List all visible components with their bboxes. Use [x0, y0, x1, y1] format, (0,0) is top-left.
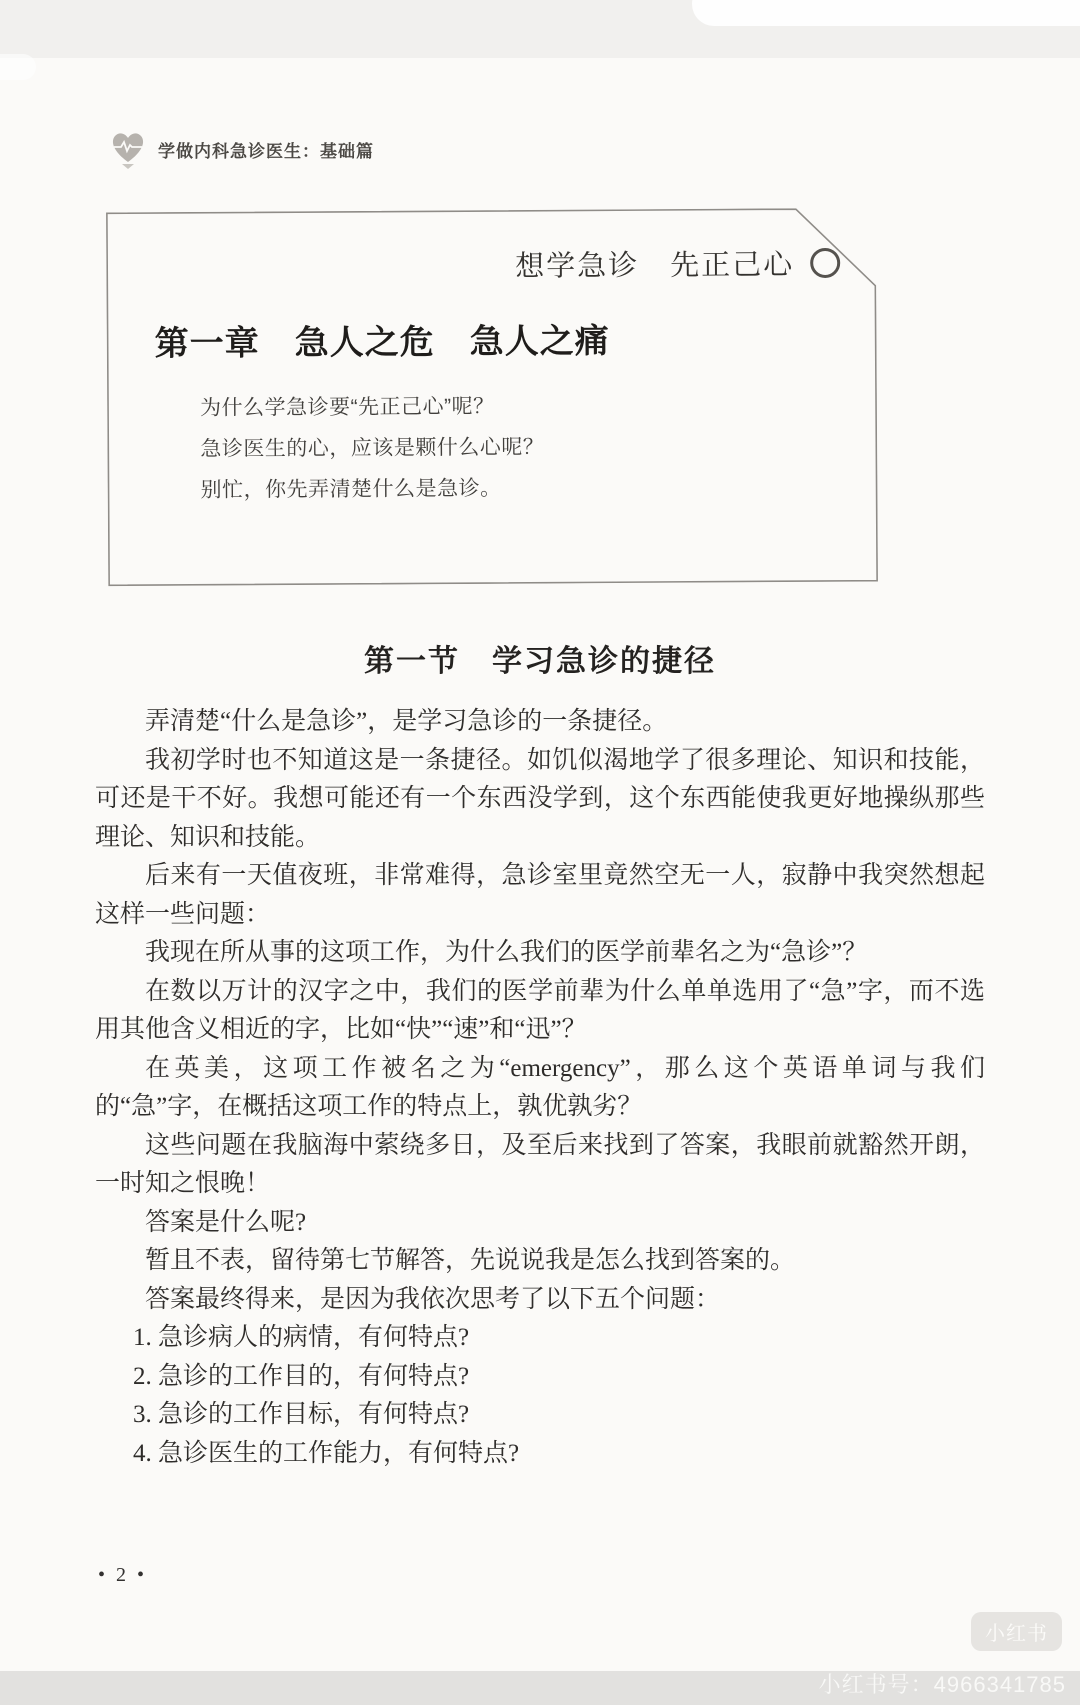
- paragraph: 弄清楚“什么是急诊”，是学习急诊的一条捷径。: [95, 703, 985, 742]
- chapter-title: 第一章 急人之危 急人之痛: [154, 313, 609, 365]
- paragraph: 在英美，这项工作被名之为“emergency”，那么这个英语单词与我们的“急”字…: [95, 1050, 985, 1127]
- chapter-motto-row: 想学急诊 先正己心: [515, 242, 840, 285]
- running-head: 学做内科急诊医生：基础篇: [108, 128, 374, 170]
- chapter-intro-lines: 为什么学急诊要“先正己心”呢？ 急诊医生的心，应该是颗什么心呢？ 别忙，你先弄清…: [200, 386, 545, 511]
- intro-line: 别忙，你先弄清楚什么是急诊。: [200, 468, 544, 511]
- paragraph: 答案最终得来，是因为我依次思考了以下五个问题：: [95, 1281, 985, 1320]
- paragraph: 这些问题在我脑海中萦绕多日，及至后来找到了答案，我眼前就豁然开朗，一时知之恨晚！: [95, 1127, 985, 1204]
- intro-line: 急诊医生的心，应该是颗什么心呢？: [200, 427, 544, 470]
- numbered-question: 3. 急诊的工作目标，有何特点?: [95, 1396, 985, 1435]
- numbered-question: 1. 急诊病人的病情，有何特点?: [95, 1319, 985, 1358]
- numbered-question: 2. 急诊的工作目的，有何特点?: [95, 1358, 985, 1397]
- tag-circle-icon: [810, 247, 840, 277]
- screenshot-chrome-pill-small: [0, 54, 36, 80]
- screenshot-chrome-pill: [692, 0, 1080, 26]
- paragraph: 暂且不表，留待第七节解答，先说说我是怎么找到答案的。: [95, 1242, 985, 1281]
- page-number: • 2 •: [98, 1564, 147, 1587]
- section-title: 第一节 学习急诊的捷径: [0, 636, 1080, 680]
- body-text: 弄清楚“什么是急诊”，是学习急诊的一条捷径。 我初学时也不知道这是一条捷径。如饥…: [95, 703, 985, 1473]
- xiaohongshu-watermark-badge: 小红书: [971, 1612, 1062, 1651]
- paragraph: 我初学时也不知道这是一条捷径。如饥似渴地学了很多理论、知识和技能，可还是干不好。…: [95, 742, 985, 858]
- chapter-motto: 想学急诊 先正己心: [515, 242, 794, 285]
- paragraph: 我现在所从事的这项工作，为什么我们的医学前辈名之为“急诊”？: [95, 934, 985, 973]
- paragraph: 答案是什么呢?: [95, 1204, 985, 1243]
- running-head-title: 学做内科急诊医生：基础篇: [158, 137, 374, 162]
- chapter-tag-box: 想学急诊 先正己心 第一章 急人之危 急人之痛 为什么学急诊要“先正己心”呢？ …: [106, 208, 878, 587]
- numbered-question: 4. 急诊医生的工作能力，有何特点?: [95, 1435, 985, 1474]
- intro-line: 为什么学急诊要“先正己心”呢？: [200, 386, 544, 429]
- xiaohongshu-watermark-account: 小红书号：4966341785: [819, 1668, 1066, 1699]
- book-page-photo: 学做内科急诊医生：基础篇 想学急诊 先正己心 第一章 急人之危 急人之痛 为什么…: [0, 0, 1080, 1705]
- paragraph: 后来有一天值夜班，非常难得，急诊室里竟然空无一人，寂静中我突然想起这样一些问题：: [95, 857, 985, 934]
- paragraph: 在数以万计的汉字之中，我们的医学前辈为什么单单选用了“急”字，而不选用其他含义相…: [95, 973, 985, 1050]
- heart-ecg-icon: [108, 128, 148, 170]
